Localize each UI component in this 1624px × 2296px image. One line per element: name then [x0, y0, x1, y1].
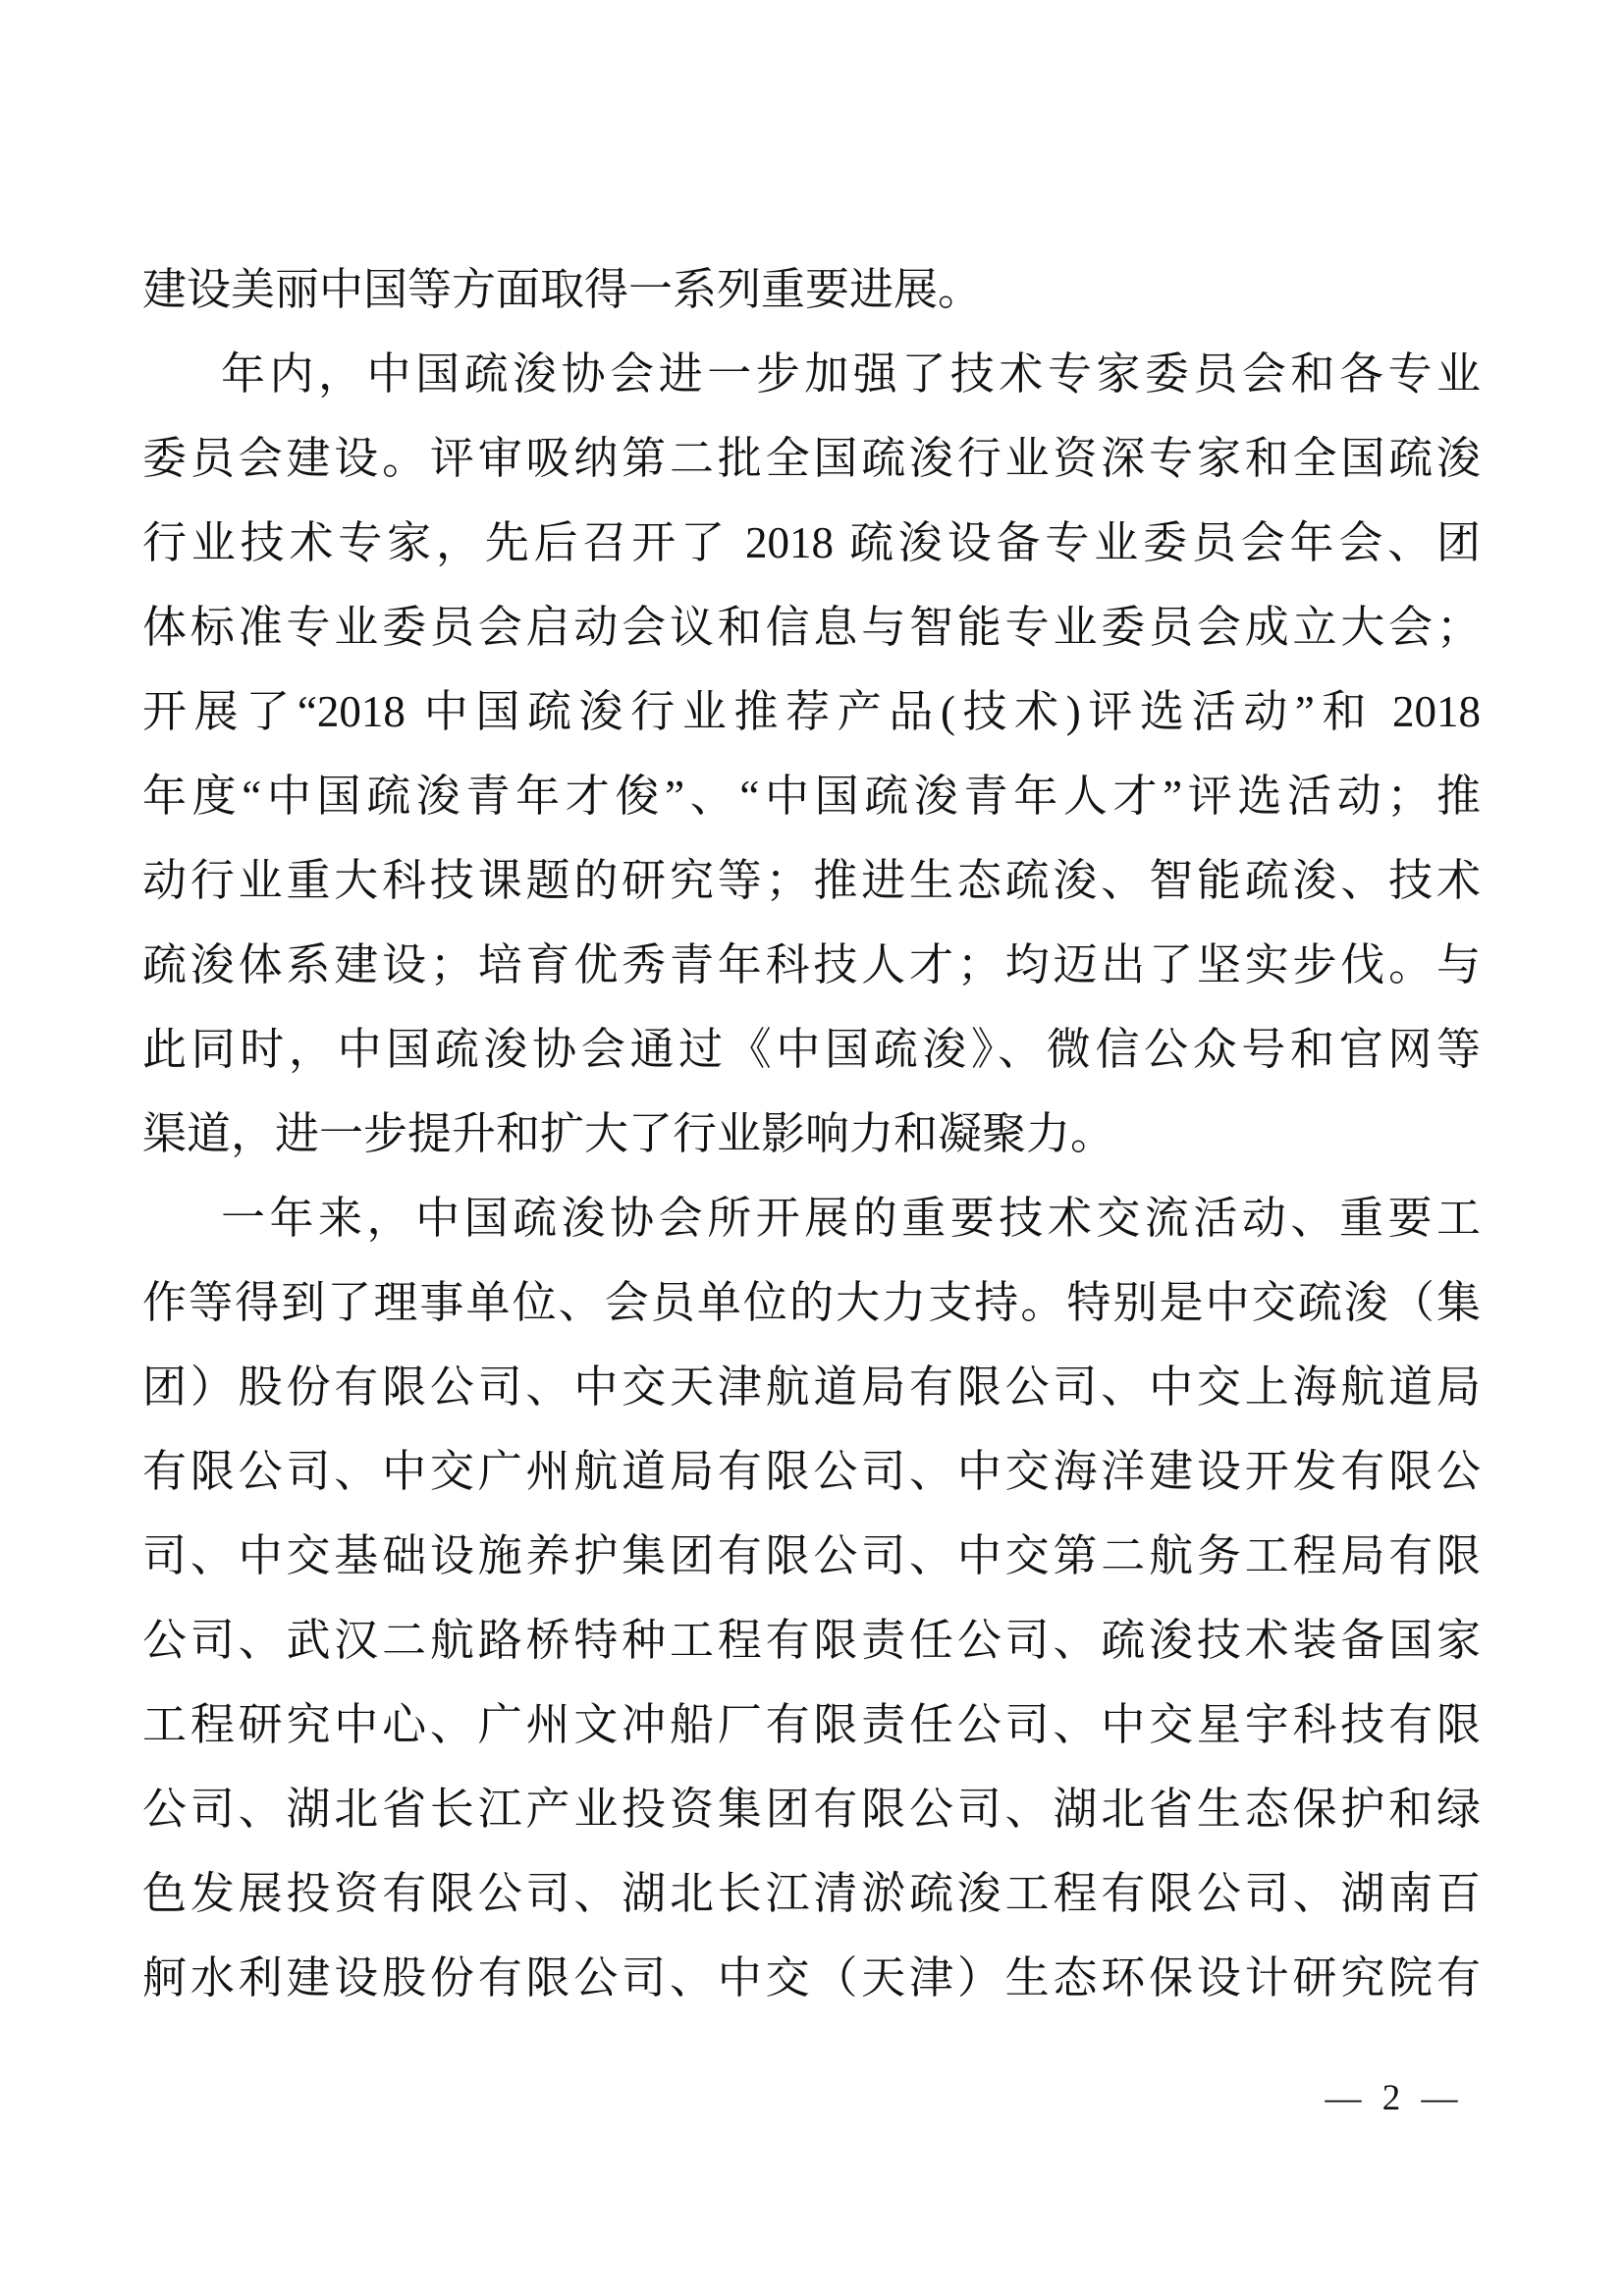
- text-line: 行业技术专家，先后召开了 2018 疏浚设备专业委员会年会、团: [142, 501, 1481, 585]
- text-line: 年内，中国疏浚协会进一步加强了技术专家委员会和各专业: [142, 332, 1481, 416]
- document-page: 建设美丽中国等方面取得一系列重要进展。 年内，中国疏浚协会进一步加强了技术专家委…: [0, 0, 1624, 2296]
- text-line: 年度“中国疏浚青年才俊”、“中国疏浚青年人才”评选活动；推: [142, 754, 1481, 838]
- page-number: — 2 —: [1296, 2069, 1492, 2128]
- text-line: 开展了“2018 中国疏浚行业推荐产品(技术)评选活动”和 2018: [142, 669, 1481, 754]
- text-line: 公司、湖北省长江产业投资集团有限公司、湖北省生态保护和绿: [142, 1767, 1481, 1851]
- text-line: 一年来，中国疏浚协会所开展的重要技术交流活动、重要工: [142, 1176, 1481, 1260]
- text-line: 团）股份有限公司、中交天津航道局有限公司、中交上海航道局: [142, 1345, 1481, 1429]
- text-line: 公司、武汉二航路桥特种工程有限责任公司、疏浚技术装备国家: [142, 1598, 1481, 1682]
- text-line: 体标准专业委员会启动会议和信息与智能专业委员会成立大会；: [142, 585, 1481, 669]
- text-line: 色发展投资有限公司、湖北长江清淤疏浚工程有限公司、湖南百: [142, 1851, 1481, 1936]
- body-text: 建设美丽中国等方面取得一系列重要进展。 年内，中国疏浚协会进一步加强了技术专家委…: [142, 247, 1481, 2020]
- text-line: 此同时，中国疏浚协会通过《中国疏浚》、微信公众号和官网等: [142, 1007, 1481, 1092]
- text-line: 疏浚体系建设；培育优秀青年科技人才；均迈出了坚实步伐。与: [142, 923, 1481, 1007]
- text-line: 委员会建设。评审吸纳第二批全国疏浚行业资深专家和全国疏浚: [142, 416, 1481, 501]
- text-line: 作等得到了理事单位、会员单位的大力支持。特别是中交疏浚（集: [142, 1260, 1481, 1345]
- text-line: 渠道，进一步提升和扩大了行业影响力和凝聚力。: [142, 1092, 1481, 1176]
- text-line: 司、中交基础设施养护集团有限公司、中交第二航务工程局有限: [142, 1514, 1481, 1598]
- text-line: 动行业重大科技课题的研究等；推进生态疏浚、智能疏浚、技术: [142, 838, 1481, 923]
- text-line: 工程研究中心、广州文冲船厂有限责任公司、中交星宇科技有限: [142, 1682, 1481, 1767]
- text-line: 建设美丽中国等方面取得一系列重要进展。: [142, 247, 1481, 332]
- text-line: 舸水利建设股份有限公司、中交（天津）生态环保设计研究院有: [142, 1936, 1481, 2020]
- text-line: 有限公司、中交广州航道局有限公司、中交海洋建设开发有限公: [142, 1429, 1481, 1514]
